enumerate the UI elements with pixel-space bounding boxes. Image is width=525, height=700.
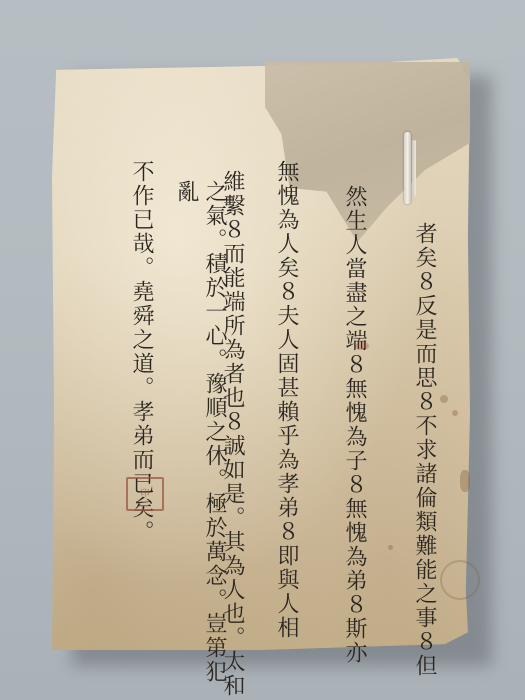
binding-string <box>404 132 411 204</box>
corner-wrinkle <box>440 560 480 600</box>
text-column-5: 之氣。積於一心。豫順之休。極於萬念。豈第犯亂 <box>172 180 228 700</box>
text-column-1: 者矣８反是而思８不求諸倫類難能之事８但 <box>410 222 438 678</box>
text-column-3: 無愧為人矣８夫人固甚賴乎為孝弟８即與人相 <box>272 160 300 640</box>
stain <box>388 545 393 550</box>
stain <box>452 410 458 416</box>
binding-string-secondary <box>412 140 416 196</box>
stain <box>440 395 448 403</box>
seal-stamp: 印 <box>126 477 164 511</box>
stain <box>460 470 470 492</box>
text-column-2: 然生人當盡之端８無愧為子８無愧為弟８斯亦 <box>340 185 368 665</box>
